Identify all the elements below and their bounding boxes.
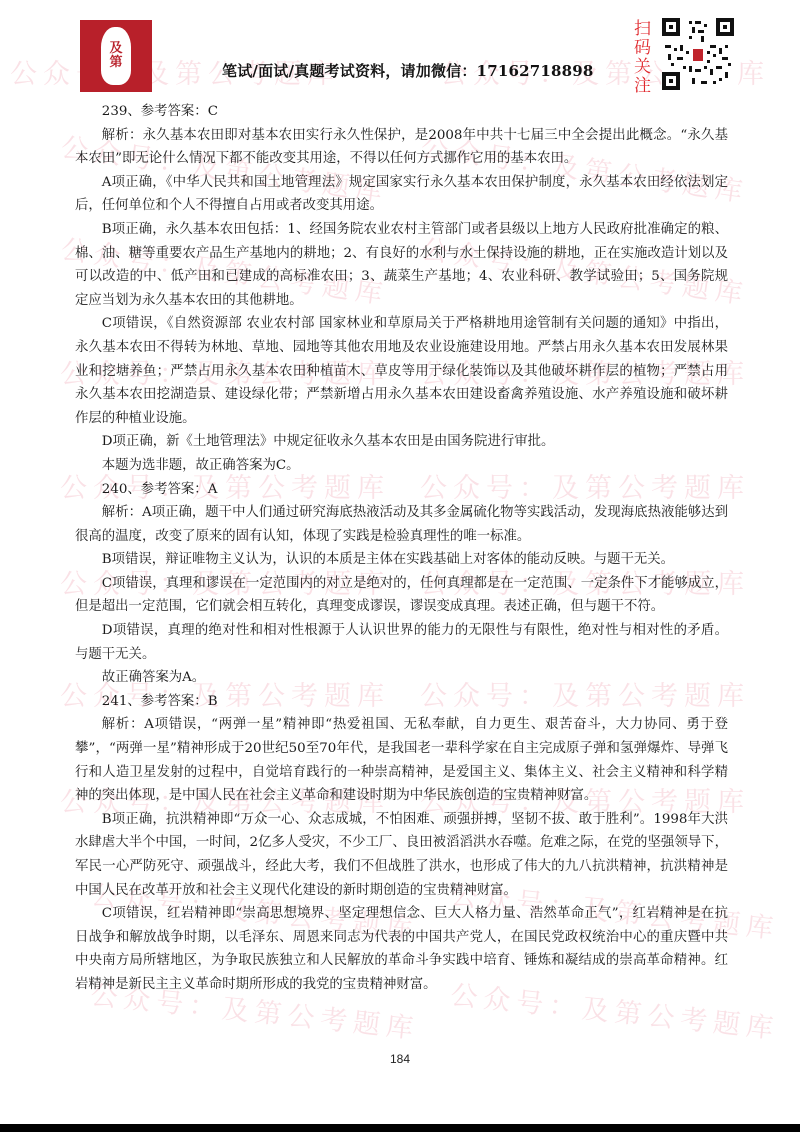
explanation-paragraph: 解析：A项错误，“两弹一星”精神即“热爱祖国、无私奉献，自力更生、艰苦奋斗，大力… bbox=[75, 713, 728, 807]
bottom-edge-bar bbox=[0, 1124, 800, 1132]
qr-finder bbox=[716, 18, 734, 36]
logo-glyph: 及 bbox=[109, 42, 122, 56]
explanation-paragraph: D项正确，新《土地管理法》中规定征收永久基本农田是由国务院进行审批。 bbox=[75, 430, 728, 454]
explanation-paragraph: C项错误，《自然资源部 农业农村部 国家林业和草原局关于严格耕地用途管制有关问题… bbox=[75, 312, 728, 430]
explanation-paragraph: 解析：永久基本农田即对基本农田实行永久性保护，是2008年中共十七届三中全会提出… bbox=[75, 124, 728, 171]
explanation-paragraph: C项错误，红岩精神即“崇高思想境界、坚定理想信念、巨大人格力量、浩然革命正气”，… bbox=[75, 902, 728, 996]
explanation-paragraph: 故正确答案为A。 bbox=[75, 666, 728, 690]
explanation-paragraph: 解析：A项正确，题干中人们通过研究海底热液活动及其多金属硫化物等实践活动，发现海… bbox=[75, 501, 728, 548]
scan-label-char: 码 bbox=[634, 39, 654, 58]
scan-label-char: 关 bbox=[634, 58, 654, 77]
qr-finder bbox=[662, 72, 680, 90]
qr-code-icon bbox=[662, 18, 734, 90]
page-number: 184 bbox=[0, 1052, 800, 1066]
explanation-paragraph: B项正确，抗洪精神即“万众一心、众志成城，不怕困难、顽强拼搏，坚韧不拔、敢于胜利… bbox=[75, 808, 728, 902]
explanation-paragraph: A项正确，《中华人民共和国土地管理法》规定国家实行永久基本农田保护制度，永久基本… bbox=[75, 171, 728, 218]
promo-header-text: 笔试/面试/真题考试资料，请加微信：17162718898 bbox=[222, 60, 594, 81]
document-page: 公众号：及第公考题库 公众号：及第公考题库 公众号：及第公考题库 公众号：及第公… bbox=[0, 0, 800, 1124]
explanation-paragraph: D项错误，真理的绝对性和相对性根源于人认识世界的能力的无限性与有限性，绝对性与相… bbox=[75, 619, 728, 666]
brand-logo: 及 第 bbox=[80, 20, 152, 92]
qr-finder bbox=[662, 18, 680, 36]
answer-heading: 239、参考答案：C bbox=[75, 100, 728, 124]
explanation-paragraph: C项错误，真理和谬误在一定范围内的对立是绝对的，任何真理都是在一定范围、一定条件… bbox=[75, 572, 728, 619]
qr-center-logo-icon bbox=[692, 48, 704, 62]
scan-label-char: 注 bbox=[634, 77, 654, 96]
logo-glyph: 第 bbox=[109, 56, 122, 70]
scan-to-follow-label: 扫 码 关 注 bbox=[634, 20, 654, 96]
logo-seal-icon: 及 第 bbox=[101, 27, 131, 85]
explanation-paragraph: 本题为选非题，故正确答案为C。 bbox=[75, 454, 728, 478]
scan-label-char: 扫 bbox=[634, 20, 654, 39]
answer-explanations: 239、参考答案：C 解析：永久基本农田即对基本农田实行永久性保护，是2008年… bbox=[75, 100, 728, 997]
explanation-paragraph: B项正确，永久基本农田包括：1、经国务院农业农村主管部门或者县级以上地方人民政府… bbox=[75, 218, 728, 312]
answer-heading: 240、参考答案：A bbox=[75, 478, 728, 502]
answer-heading: 241、参考答案：B bbox=[75, 690, 728, 714]
explanation-paragraph: B项错误，辩证唯物主义认为，认识的本质是主体在实践基础上对客体的能动反映。与题干… bbox=[75, 548, 728, 572]
